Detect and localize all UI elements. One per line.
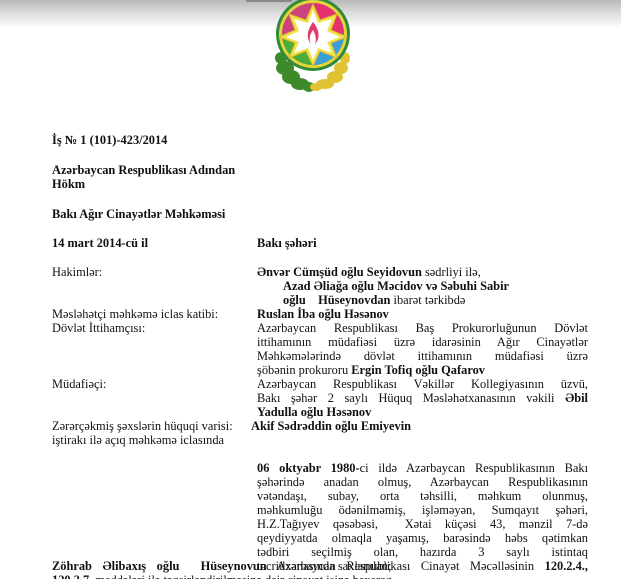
presiding-judge: Ənvər Cümşüd oğlu Seyidovun <box>257 265 422 279</box>
defendant-name: Zöhrab Əlibaxış oğlu Hüseynovun <box>52 559 267 573</box>
secretary-label: Məsləhətçi məhkəmə iclas katibi: <box>52 307 218 321</box>
session-text: iştirakı ilə açıq məhkəmə iclasında <box>52 433 224 447</box>
case-number: İş № 1 (101)-423/2014 <box>52 133 167 147</box>
verdict-title-line2: Hökm <box>52 177 85 191</box>
judges-line1: Ənvər Cümşüd oğlu Seyidovun sədrliyi ilə… <box>257 265 481 279</box>
defender-text: Azərbaycan Respublikası Vəkillər Kollegi… <box>257 377 588 419</box>
prosecutor-name: Ergin Tofiq oğlu Qafarov <box>351 363 485 377</box>
verdict-title-line1: Azərbaycan Respublikası Adından <box>52 163 235 177</box>
judges-label: Hakimlər: <box>52 265 102 279</box>
prosecutor-label: Dövlət İttihamçısı: <box>52 321 145 335</box>
state-emblem-icon <box>263 0 363 92</box>
verdict-date: 14 mart 2014-cü il <box>52 236 148 250</box>
charge-paragraph: Zöhrab Əlibaxış oğlu Hüseynovun Azərbayc… <box>52 559 588 579</box>
defender-label: Müdafiəçi: <box>52 377 106 391</box>
verdict-city: Bakı şəhəri <box>257 236 317 250</box>
court-name: Bakı Ağır Cinayətlər Məhkəməsi <box>52 207 225 221</box>
judges-line3: oğlu Hüseynovdan ibarət tərkibdə <box>283 293 465 307</box>
victim-successor-name: Akif Sədrəddin oğlu Emiyevin <box>251 419 411 433</box>
victim-successor-label: Zərərçəkmiş şəxslərin hüquqi varisi: <box>52 419 233 433</box>
defender-name: Yadulla oğlu Həsənov <box>257 405 588 419</box>
prosecutor-text: Azərbaycan Respublikası Baş Prokurorluğu… <box>257 321 588 377</box>
judges-line2: Azad Əliağa oğlu Məcidov və Səbuhi Sabir <box>283 279 509 293</box>
secretary-name: Ruslan İba oğlu Həsənov <box>257 307 389 321</box>
defendant-paragraph: 06 oktyabr 1980-ci ildə Azərbaycan Respu… <box>257 461 588 573</box>
